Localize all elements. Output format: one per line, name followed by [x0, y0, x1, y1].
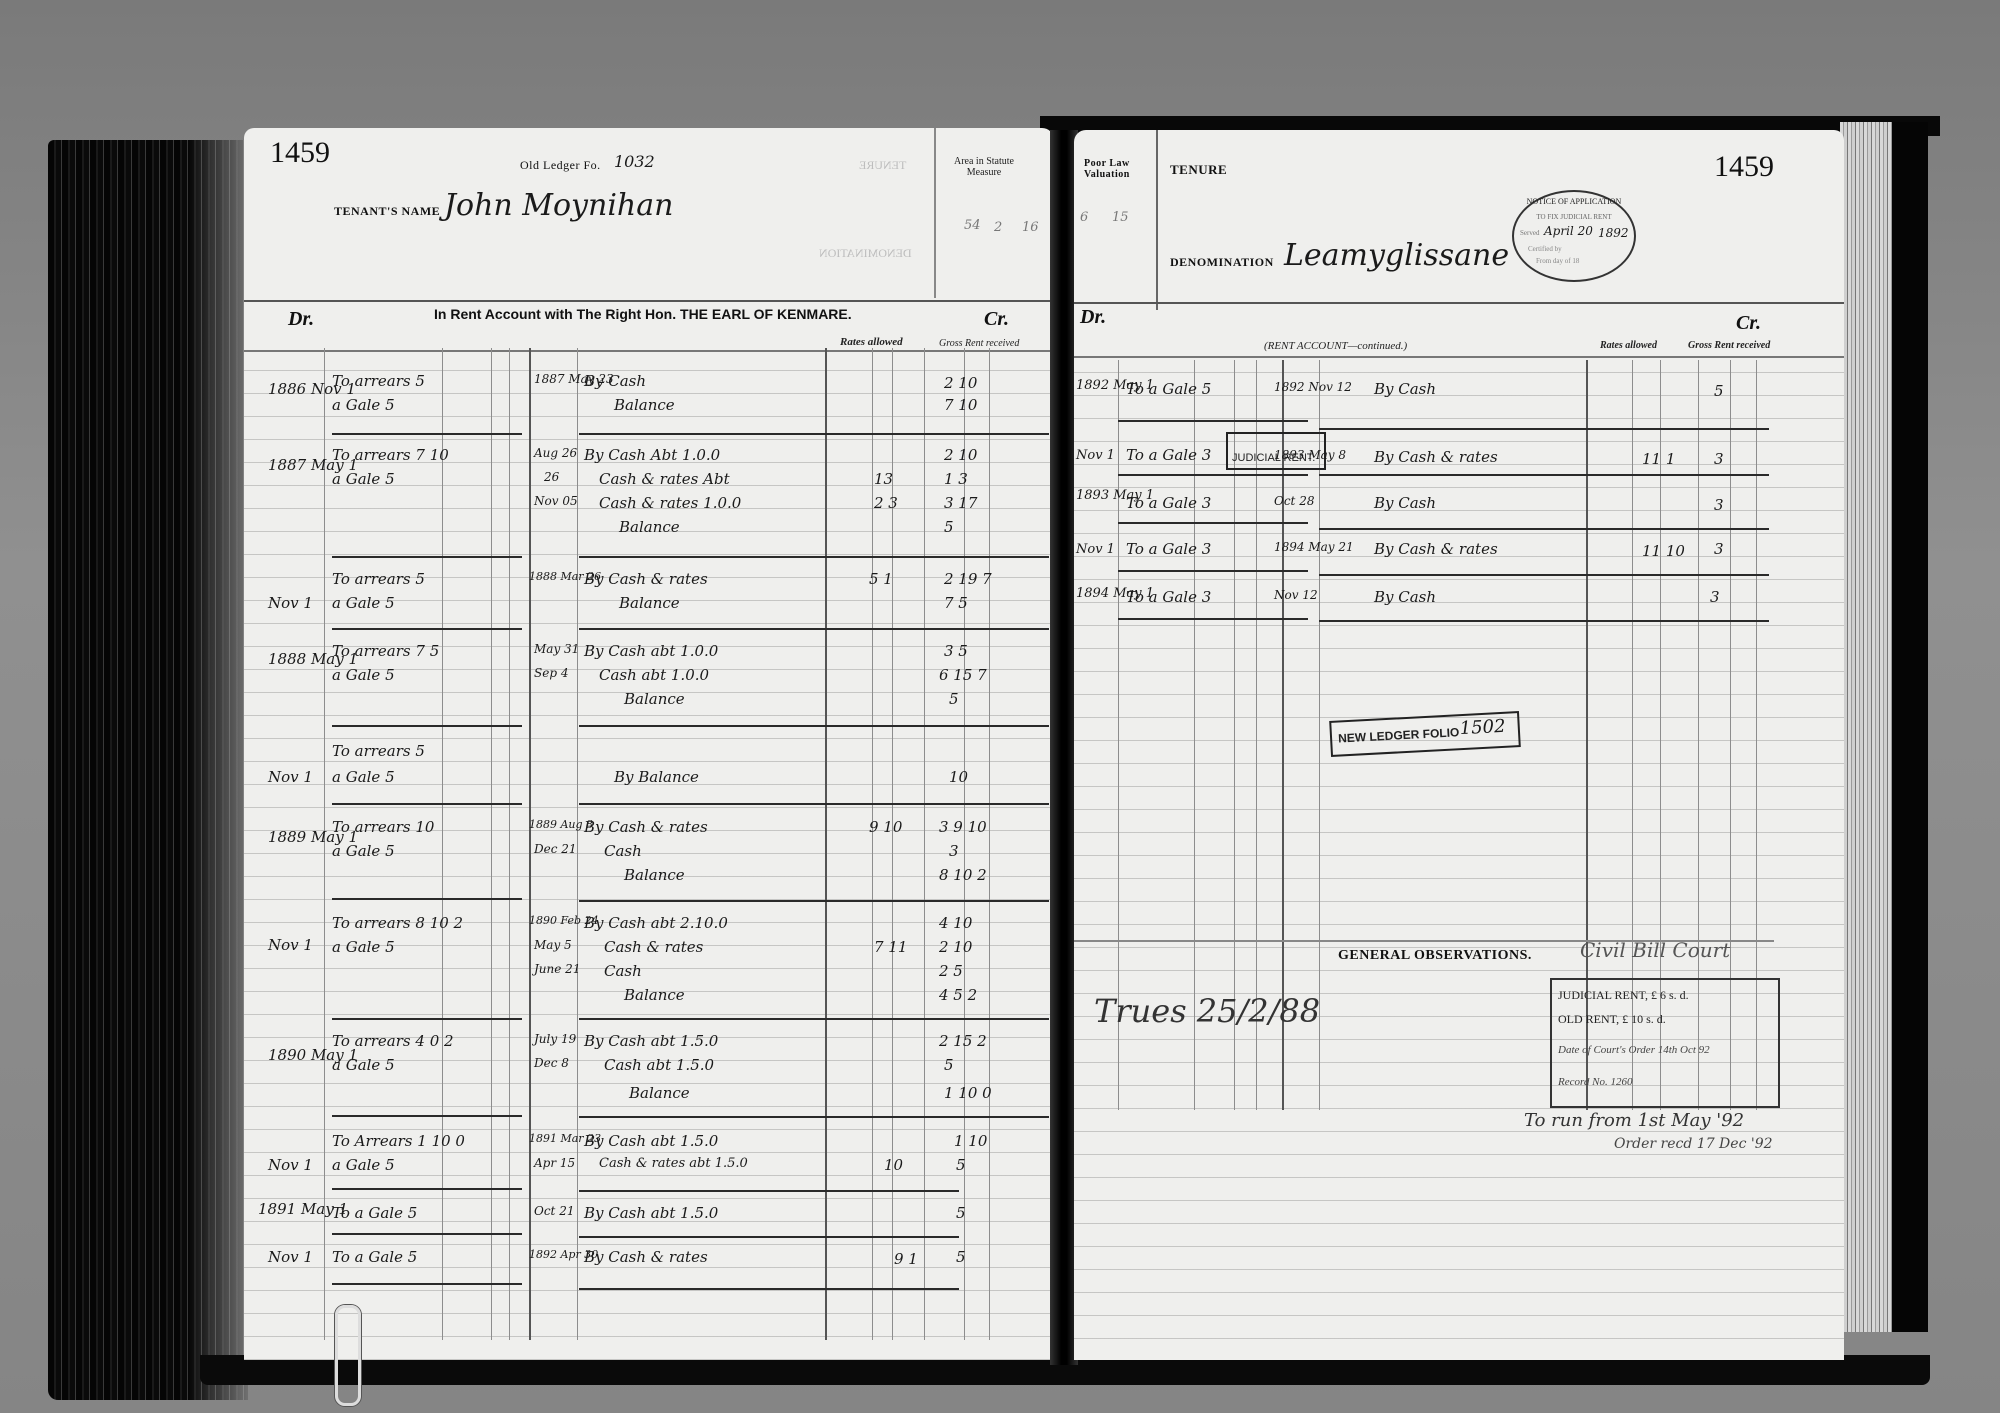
gross-amount: 6 15 7 [939, 666, 987, 684]
page-number: 1459 [1714, 150, 1774, 184]
court-name: Civil Bill Court [1580, 938, 1730, 962]
gross-amount: 3 [1714, 540, 1724, 558]
credit-date: Sep 4 [534, 666, 568, 680]
credit-line: Balance [624, 690, 685, 708]
area-roods: 2 [994, 220, 1002, 235]
credit-line: By Cash [1374, 588, 1436, 606]
entry-date: Nov 1 [268, 936, 313, 954]
credit-line: Balance [624, 866, 685, 884]
judicial-rent-record-box: JUDICIAL RENT, £ 6 s. d. OLD RENT, £ 10 … [1550, 978, 1780, 1108]
page-number: 1459 [270, 136, 330, 170]
rates-amount: 9 10 [869, 818, 902, 836]
credit-date: 1893 May 8 [1274, 448, 1346, 462]
old-ledger-value: 1032 [614, 152, 655, 171]
debit-label: Dr. [288, 308, 314, 331]
gross-amount: 3 [1714, 450, 1724, 468]
debit-line: To a Gale 3 [1126, 494, 1211, 512]
credit-line: By Cash abt 2.10.0 [584, 914, 728, 932]
gross-amount: 5 [1714, 382, 1724, 400]
credit-date: Nov 12 [1274, 588, 1318, 602]
debit-line: a Gale 5 [332, 1056, 395, 1074]
gross-amount: 4 5 2 [939, 986, 977, 1004]
credit-date: 1894 May 21 [1274, 540, 1354, 554]
account-title: In Rent Account with The Right Hon. THE … [434, 306, 852, 322]
debit-label: Dr. [1080, 306, 1106, 329]
rates-amount: 5 1 [869, 570, 893, 588]
credit-line: By Cash Abt 1.0.0 [584, 446, 720, 464]
gross-amount: 2 5 [939, 962, 963, 980]
denomination-label: DENOMINATION [1170, 255, 1274, 270]
credit-line: By Cash & rates [1374, 448, 1498, 466]
credit-line: By Cash abt 1.5.0 [584, 1132, 718, 1150]
tenant-name-label: TENANT'S NAME [334, 204, 440, 219]
gross-amount: 5 [949, 690, 959, 708]
denomination-bleedthrough: DENOMINATION [819, 246, 912, 261]
rent-account-continued: (RENT ACCOUNT—continued.) [1264, 340, 1407, 352]
credit-date: 1892 Nov 12 [1274, 380, 1352, 394]
rates-amount: 11 10 [1642, 542, 1685, 560]
gross-amount: 3 [1710, 588, 1720, 606]
gross-amount: 2 10 [939, 938, 972, 956]
credit-date: June 21 [534, 962, 580, 976]
debit-line: a Gale 5 [332, 594, 395, 612]
gross-amount: 3 9 10 [939, 818, 987, 836]
credit-line: By Cash & rates [584, 818, 708, 836]
debit-line: To a Gale 5 [332, 1204, 417, 1222]
entry-date: Nov 1 [1076, 542, 1115, 557]
credit-date: May 31 [534, 642, 579, 656]
gross-amount: 1 10 0 [944, 1084, 992, 1102]
poor-law-valuation-label: Poor Law Valuation [1084, 158, 1154, 180]
credit-date: July 19 [534, 1032, 576, 1046]
observation-note: Trues 25/2/88 [1094, 992, 1320, 1030]
rates-amount: 7 11 [874, 938, 907, 956]
gross-amount: 2 10 [944, 374, 977, 392]
debit-line: a Gale 5 [332, 842, 395, 860]
denomination-value: Leamyglissane [1284, 238, 1509, 273]
tenure-label: TENURE [1170, 162, 1227, 178]
book-page-edges-right [1840, 122, 1928, 1332]
gross-amount: 5 [944, 1056, 954, 1074]
gross-amount: 3 5 [944, 642, 968, 660]
area-header: Area in Statute Measure [944, 156, 1024, 178]
entry-date: Nov 1 [268, 1156, 313, 1174]
debit-line: To a Gale 3 [1126, 446, 1211, 464]
gross-amount: 7 5 [944, 594, 968, 612]
gross-amount: 2 15 2 [939, 1032, 987, 1050]
credit-date: Oct 21 [534, 1204, 574, 1218]
credit-line: By Cash [1374, 494, 1436, 512]
tenant-name: John Moynihan [444, 188, 673, 223]
rates-allowed-header: Rates allowed [1600, 340, 1657, 351]
area-perches: 16 [1022, 220, 1039, 235]
footnote-order-received: Order recd 17 Dec '92 [1614, 1136, 1773, 1152]
gross-amount: 3 [949, 842, 959, 860]
credit-date: Aug 26 [534, 446, 577, 460]
credit-line: By Cash & rates [584, 1248, 708, 1266]
credit-label: Cr. [984, 308, 1009, 331]
credit-date: Dec 8 [534, 1056, 569, 1070]
credit-line: By Cash [1374, 380, 1436, 398]
credit-date: Oct 28 [1274, 494, 1314, 508]
poor-law-shillings: 15 [1112, 210, 1129, 225]
tenure-bleedthrough: TENURE [859, 158, 906, 173]
rates-amount: 2 3 [874, 494, 898, 512]
credit-date: Apr 15 [534, 1156, 575, 1170]
gross-amount: 10 [949, 768, 968, 786]
gross-amount: 3 17 [944, 494, 977, 512]
gross-rent-header: Gross Rent received [939, 338, 1019, 349]
credit-line: Balance [614, 396, 675, 414]
debit-line: To Arrears 1 10 0 [332, 1132, 465, 1150]
gross-amount: 8 10 2 [939, 866, 987, 884]
credit-label: Cr. [1736, 312, 1761, 335]
credit-line: Cash abt 1.5.0 [604, 1056, 714, 1074]
debit-line: To a Gale 3 [1126, 540, 1211, 558]
rates-allowed-header: Rates allowed [840, 336, 903, 348]
gross-amount: 3 [1714, 496, 1724, 514]
old-ledger-label: Old Ledger Fo. [520, 158, 601, 173]
credit-line: By Cash & rates [584, 570, 708, 588]
entry-date: Nov 1 [268, 1248, 313, 1266]
debit-line: To arrears 5 [332, 372, 425, 390]
debit-line: To a Gale 5 [332, 1248, 417, 1266]
credit-line: By Cash & rates [1374, 540, 1498, 558]
rates-amount: 13 [874, 470, 893, 488]
debit-line: To arrears 4 0 2 [332, 1032, 454, 1050]
credit-date: Nov 05 [534, 494, 578, 508]
debit-line: To arrears 5 [332, 742, 425, 760]
credit-line: Cash [604, 962, 642, 980]
gross-amount: 5 [944, 518, 954, 536]
rates-amount: 10 [884, 1156, 903, 1174]
credit-line: By Cash [584, 372, 646, 390]
credit-date: May 5 [534, 938, 572, 952]
debit-line: To a Gale 3 [1126, 588, 1211, 606]
gross-amount: 5 [956, 1248, 966, 1266]
debit-line: To arrears 5 [332, 570, 425, 588]
credit-line: Balance [629, 1084, 690, 1102]
credit-date: Dec 21 [534, 842, 577, 856]
credit-line: Cash & rates [604, 938, 703, 956]
debit-line: a Gale 5 [332, 1156, 395, 1174]
credit-line: Cash abt 1.0.0 [599, 666, 709, 684]
paper-clip [335, 1305, 361, 1406]
debit-line: To arrears 8 10 2 [332, 914, 463, 932]
debit-line: To a Gale 5 [1126, 380, 1211, 398]
debit-line: a Gale 5 [332, 396, 395, 414]
general-observations-label: GENERAL OBSERVATIONS. [1338, 948, 1532, 964]
gross-amount: 2 19 7 [944, 570, 992, 588]
debit-line: a Gale 5 [332, 666, 395, 684]
debit-line: To arrears 7 5 [332, 642, 439, 660]
credit-line: Balance [619, 594, 680, 612]
debit-line: a Gale 5 [332, 938, 395, 956]
gross-amount: 1 3 [944, 470, 968, 488]
gross-amount: 4 10 [939, 914, 972, 932]
credit-line: Cash & rates Abt [599, 470, 730, 488]
right-ledger-page: Poor Law Valuation 6 15 TENURE 1459 DENO… [1074, 130, 1844, 1360]
credit-line: Balance [624, 986, 685, 1004]
debit-line: To arrears 7 10 [332, 446, 449, 464]
gross-amount: 2 10 [944, 446, 977, 464]
credit-date: 26 [544, 470, 559, 484]
entry-date: Nov 1 [268, 594, 313, 612]
credit-line: Cash & rates abt 1.5.0 [599, 1156, 748, 1171]
gross-amount: 5 [956, 1156, 966, 1174]
credit-line: By Cash abt 1.0.0 [584, 642, 718, 660]
notice-of-application-stamp: NOTICE OF APPLICATION TO FIX JUDICIAL RE… [1512, 190, 1636, 282]
debit-line: a Gale 5 [332, 768, 395, 786]
credit-line: Cash & rates 1.0.0 [599, 494, 741, 512]
footnote-run-from: To run from 1st May '92 [1524, 1110, 1744, 1131]
credit-line: By Balance [614, 768, 699, 786]
rates-amount: 9 1 [894, 1250, 918, 1268]
gross-rent-header: Gross Rent received [1688, 340, 1770, 351]
gross-amount: 7 10 [944, 396, 977, 414]
credit-line: By Cash abt 1.5.0 [584, 1032, 718, 1050]
book-page-edges-left [48, 140, 248, 1400]
credit-line: Balance [619, 518, 680, 536]
credit-line: By Cash abt 1.5.0 [584, 1204, 718, 1222]
entry-date: Nov 1 [1076, 448, 1115, 463]
gross-amount: 1 10 [954, 1132, 987, 1150]
debit-line: a Gale 5 [332, 470, 395, 488]
rates-amount: 11 1 [1642, 450, 1675, 468]
debit-line: To arrears 10 [332, 818, 434, 836]
area-acres: 54 [964, 218, 981, 233]
left-ledger-page: 1459 Old Ledger Fo. 1032 TENANT'S NAME J… [244, 128, 1054, 1360]
gross-amount: 5 [956, 1204, 966, 1222]
entry-date: Nov 1 [268, 768, 313, 786]
credit-line: Cash [604, 842, 642, 860]
poor-law-pounds: 6 [1080, 210, 1088, 225]
